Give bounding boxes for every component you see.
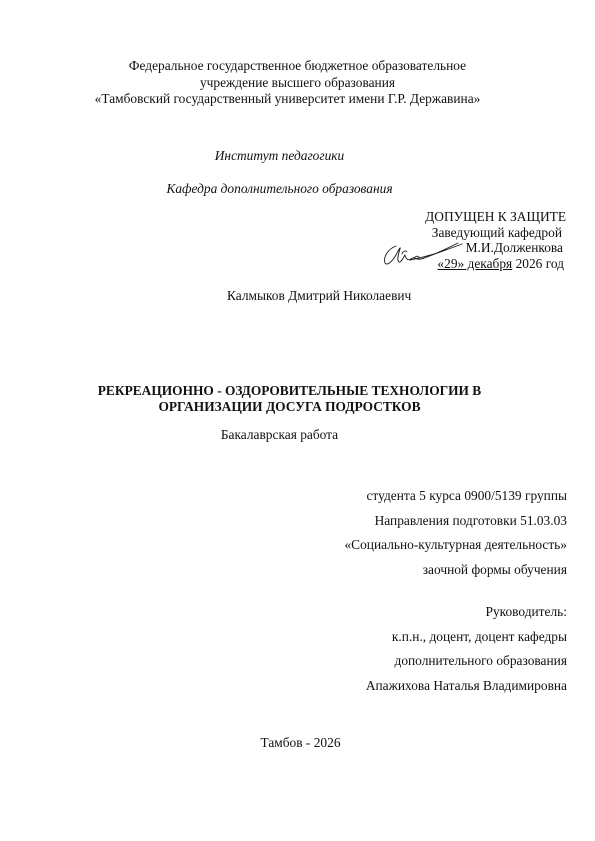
thesis-title: РЕКРЕАЦИОННО - ОЗДОРОВИТЕЛЬНЫЕ ТЕХНОЛОГИ… <box>0 383 587 415</box>
signature-icon <box>380 240 470 268</box>
thesis-title-line: РЕКРЕАЦИОННО - ОЗДОРОВИТЕЛЬНЫЕ ТЕХНОЛОГИ… <box>0 383 587 399</box>
header-line: «Тамбовский государственный университет … <box>0 91 595 108</box>
supervisor-line: к.п.н., доцент, доцент кафедры <box>366 629 567 654</box>
header-line: Федеральное государственное бюджетное об… <box>0 58 595 75</box>
student-info-line: заочной формы обучения <box>344 562 567 587</box>
supervisor-line: Апажихова Наталья Владимировна <box>366 678 567 703</box>
thesis-title-line: ОРГАНИЗАЦИИ ДОСУГА ПОДРОСТКОВ <box>0 399 587 415</box>
supervisor-line: дополнительного образования <box>366 653 567 678</box>
approval-date-year: 2026 год <box>512 256 564 271</box>
student-info-line: «Социально-культурная деятельность» <box>344 537 567 562</box>
student-info: студента 5 курса 0900/5139 группы Направ… <box>344 488 567 586</box>
city-year: Тамбов - 2026 <box>3 735 595 751</box>
university-header: Федеральное государственное бюджетное об… <box>0 58 595 108</box>
institute-name: Институт педагогики <box>0 148 577 164</box>
title-page: Федеральное государственное бюджетное об… <box>0 0 595 841</box>
supervisor-info: Руководитель: к.п.н., доцент, доцент каф… <box>366 604 567 702</box>
student-name: Калмыков Дмитрий Николаевич <box>227 288 411 304</box>
approval-position: Заведующий кафедрой <box>425 225 562 241</box>
approval-status: ДОПУЩЕН К ЗАЩИТЕ <box>425 209 566 225</box>
header-line: учреждение высшего образования <box>0 75 595 92</box>
department-name: Кафедра дополнительного образования <box>0 181 577 197</box>
work-type: Бакалаврская работа <box>0 427 577 443</box>
supervisor-line: Руководитель: <box>366 604 567 629</box>
student-info-line: студента 5 курса 0900/5139 группы <box>344 488 567 513</box>
student-info-line: Направления подготовки 51.03.03 <box>344 513 567 538</box>
